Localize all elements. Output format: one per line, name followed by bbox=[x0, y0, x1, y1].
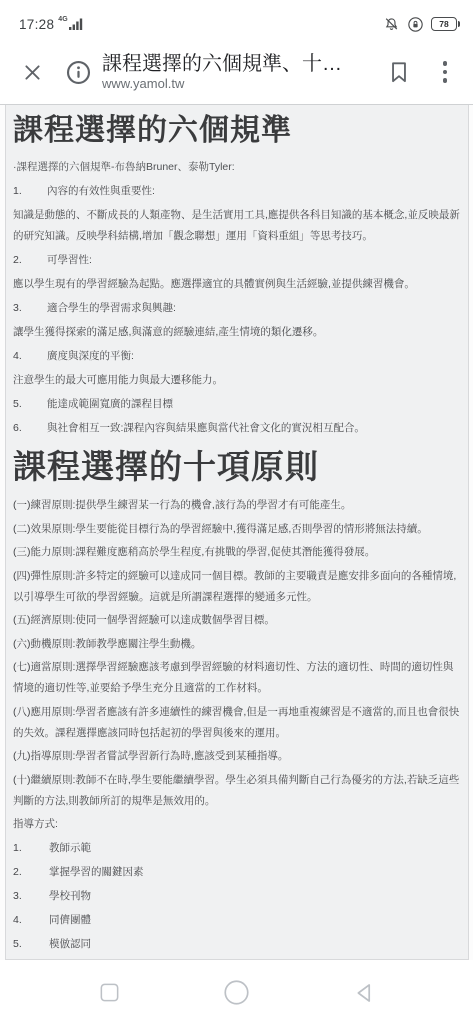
principle-item: (五)經濟原則:使同一個學習經驗可以達成數個學習目標。 bbox=[13, 610, 461, 631]
guidance-label: 指導方式: bbox=[13, 814, 461, 835]
criterion-desc: 知識是動態的、不斷成長的人類產物、是生活實用工具,應提供各科目知識的基本概念,並… bbox=[13, 205, 461, 247]
criterion-title: 2. 可學習性: bbox=[13, 250, 461, 271]
principle-item: (三)能力原則:課程難度應稍高於學生程度,有挑戰的學習,促使其潛能獲得發展。 bbox=[13, 542, 461, 563]
clock: 17:28 bbox=[19, 17, 54, 32]
criterion-desc: 讓學生獲得探索的滿足感,與滿意的經驗連結,產生情境的類化遷移。 bbox=[13, 322, 461, 343]
page-title-block[interactable]: 課程選擇的六個規準、十… www.yamol.tw bbox=[102, 52, 377, 92]
network-type-label: 4G bbox=[58, 16, 67, 23]
rotation-lock-icon bbox=[407, 16, 424, 33]
back-button[interactable] bbox=[347, 976, 381, 1010]
criterion-title: 1. 內容的有效性與重要性: bbox=[13, 181, 461, 202]
nav-recents-icon bbox=[98, 981, 121, 1004]
page-url: www.yamol.tw bbox=[102, 76, 373, 92]
article-heading-principles: 課程選擇的十項原則 bbox=[13, 447, 461, 487]
close-button[interactable] bbox=[10, 48, 54, 96]
intro-line: ·課程選擇的六個規準-布魯納Bruner、泰勒Tyler: bbox=[13, 157, 461, 178]
criterion-title: 5. 能達成範圍寬廣的課程目標 bbox=[13, 394, 461, 415]
info-icon bbox=[65, 59, 92, 86]
status-left: 17:28 4G bbox=[19, 17, 84, 32]
guidance-item: 4. 同儕團體 bbox=[13, 910, 461, 931]
criterion-title: 4. 廣度與深度的平衡: bbox=[13, 346, 461, 367]
nav-back-icon bbox=[351, 980, 377, 1006]
article-heading-criteria: 課程選擇的六個規準 bbox=[13, 113, 461, 149]
browser-toolbar: 課程選擇的六個規準、十… www.yamol.tw bbox=[0, 40, 473, 104]
recents-button[interactable] bbox=[92, 976, 126, 1010]
page-title: 課程選擇的六個規準、十… bbox=[102, 52, 373, 76]
bell-muted-icon bbox=[383, 16, 400, 33]
overflow-menu-icon bbox=[443, 61, 448, 83]
network-indicator: 4G bbox=[58, 16, 83, 31]
overflow-menu-button[interactable] bbox=[427, 48, 463, 96]
home-button[interactable] bbox=[220, 976, 254, 1010]
status-right: 78 bbox=[383, 16, 460, 33]
guidance-item: 1. 教師示範 bbox=[13, 838, 461, 859]
bookmark-icon bbox=[388, 59, 410, 85]
criterion-desc: 應以學生現有的學習經驗為起點。應選擇適宜的具體實例與生活經驗,並提供練習機會。 bbox=[13, 274, 461, 295]
principle-item: (八)應用原則:學習者應該有許多連續性的練習機會,但是一再地重複練習是不適當的,… bbox=[13, 702, 461, 744]
webpage-viewport[interactable]: 課程選擇的六個規準 ·課程選擇的六個規準-布魯納Bruner、泰勒Tyler: … bbox=[0, 104, 473, 960]
close-icon bbox=[22, 62, 43, 83]
article: 課程選擇的六個規準 ·課程選擇的六個規準-布魯納Bruner、泰勒Tyler: … bbox=[5, 105, 469, 960]
guidance-item: 3. 學校刊物 bbox=[13, 886, 461, 907]
guidance-item: 5. 模倣認同 bbox=[13, 934, 461, 955]
principle-item: (十)繼續原則:教師不在時,學生要能繼續學習。學生必須具備判斷自己行為優劣的方法… bbox=[13, 770, 461, 812]
signal-icon bbox=[69, 16, 84, 31]
principle-item: (六)動機原則:教師教學應關注學生動機。 bbox=[13, 634, 461, 655]
criterion-desc: 注意學生的最大可應用能力與最大遷移能力。 bbox=[13, 370, 461, 391]
battery-icon: 78 bbox=[431, 17, 460, 31]
criterion-title: 6. 與社會相互一致:課程內容與結果應與當代社會文化的實況相互配合。 bbox=[13, 418, 461, 439]
guidance-item: 2. 掌握學習的關鍵因素 bbox=[13, 862, 461, 883]
android-nav-bar bbox=[0, 961, 473, 1024]
phone-screen: 17:28 4G bbox=[0, 0, 473, 1024]
principle-item: (七)適當原則:選擇學習經驗應該考慮到學習經驗的材料適切性、方法的適切性、時間的… bbox=[13, 657, 461, 699]
status-bar: 17:28 4G bbox=[0, 0, 473, 40]
principle-item: (二)效果原則:學生要能從目標行為的學習經驗中,獲得滿足感,否則學習的情形將無法… bbox=[13, 519, 461, 540]
nav-home-icon bbox=[223, 979, 250, 1006]
principle-item: (九)指導原則:學習者嘗試學習新行為時,應該受到某種指導。 bbox=[13, 746, 461, 767]
criterion-title: 3. 適合學生的學習需求與興趣: bbox=[13, 298, 461, 319]
page-info-button[interactable] bbox=[54, 48, 102, 96]
principle-item: (四)彈性原則:許多特定的經驗可以達成同一個目標。教師的主要職責是應安排多面向的… bbox=[13, 566, 461, 608]
principle-item: (一)練習原則:提供學生練習某一行為的機會,該行為的學習才有可能產生。 bbox=[13, 495, 461, 516]
bookmark-button[interactable] bbox=[377, 48, 421, 96]
battery-percent: 78 bbox=[439, 19, 448, 29]
